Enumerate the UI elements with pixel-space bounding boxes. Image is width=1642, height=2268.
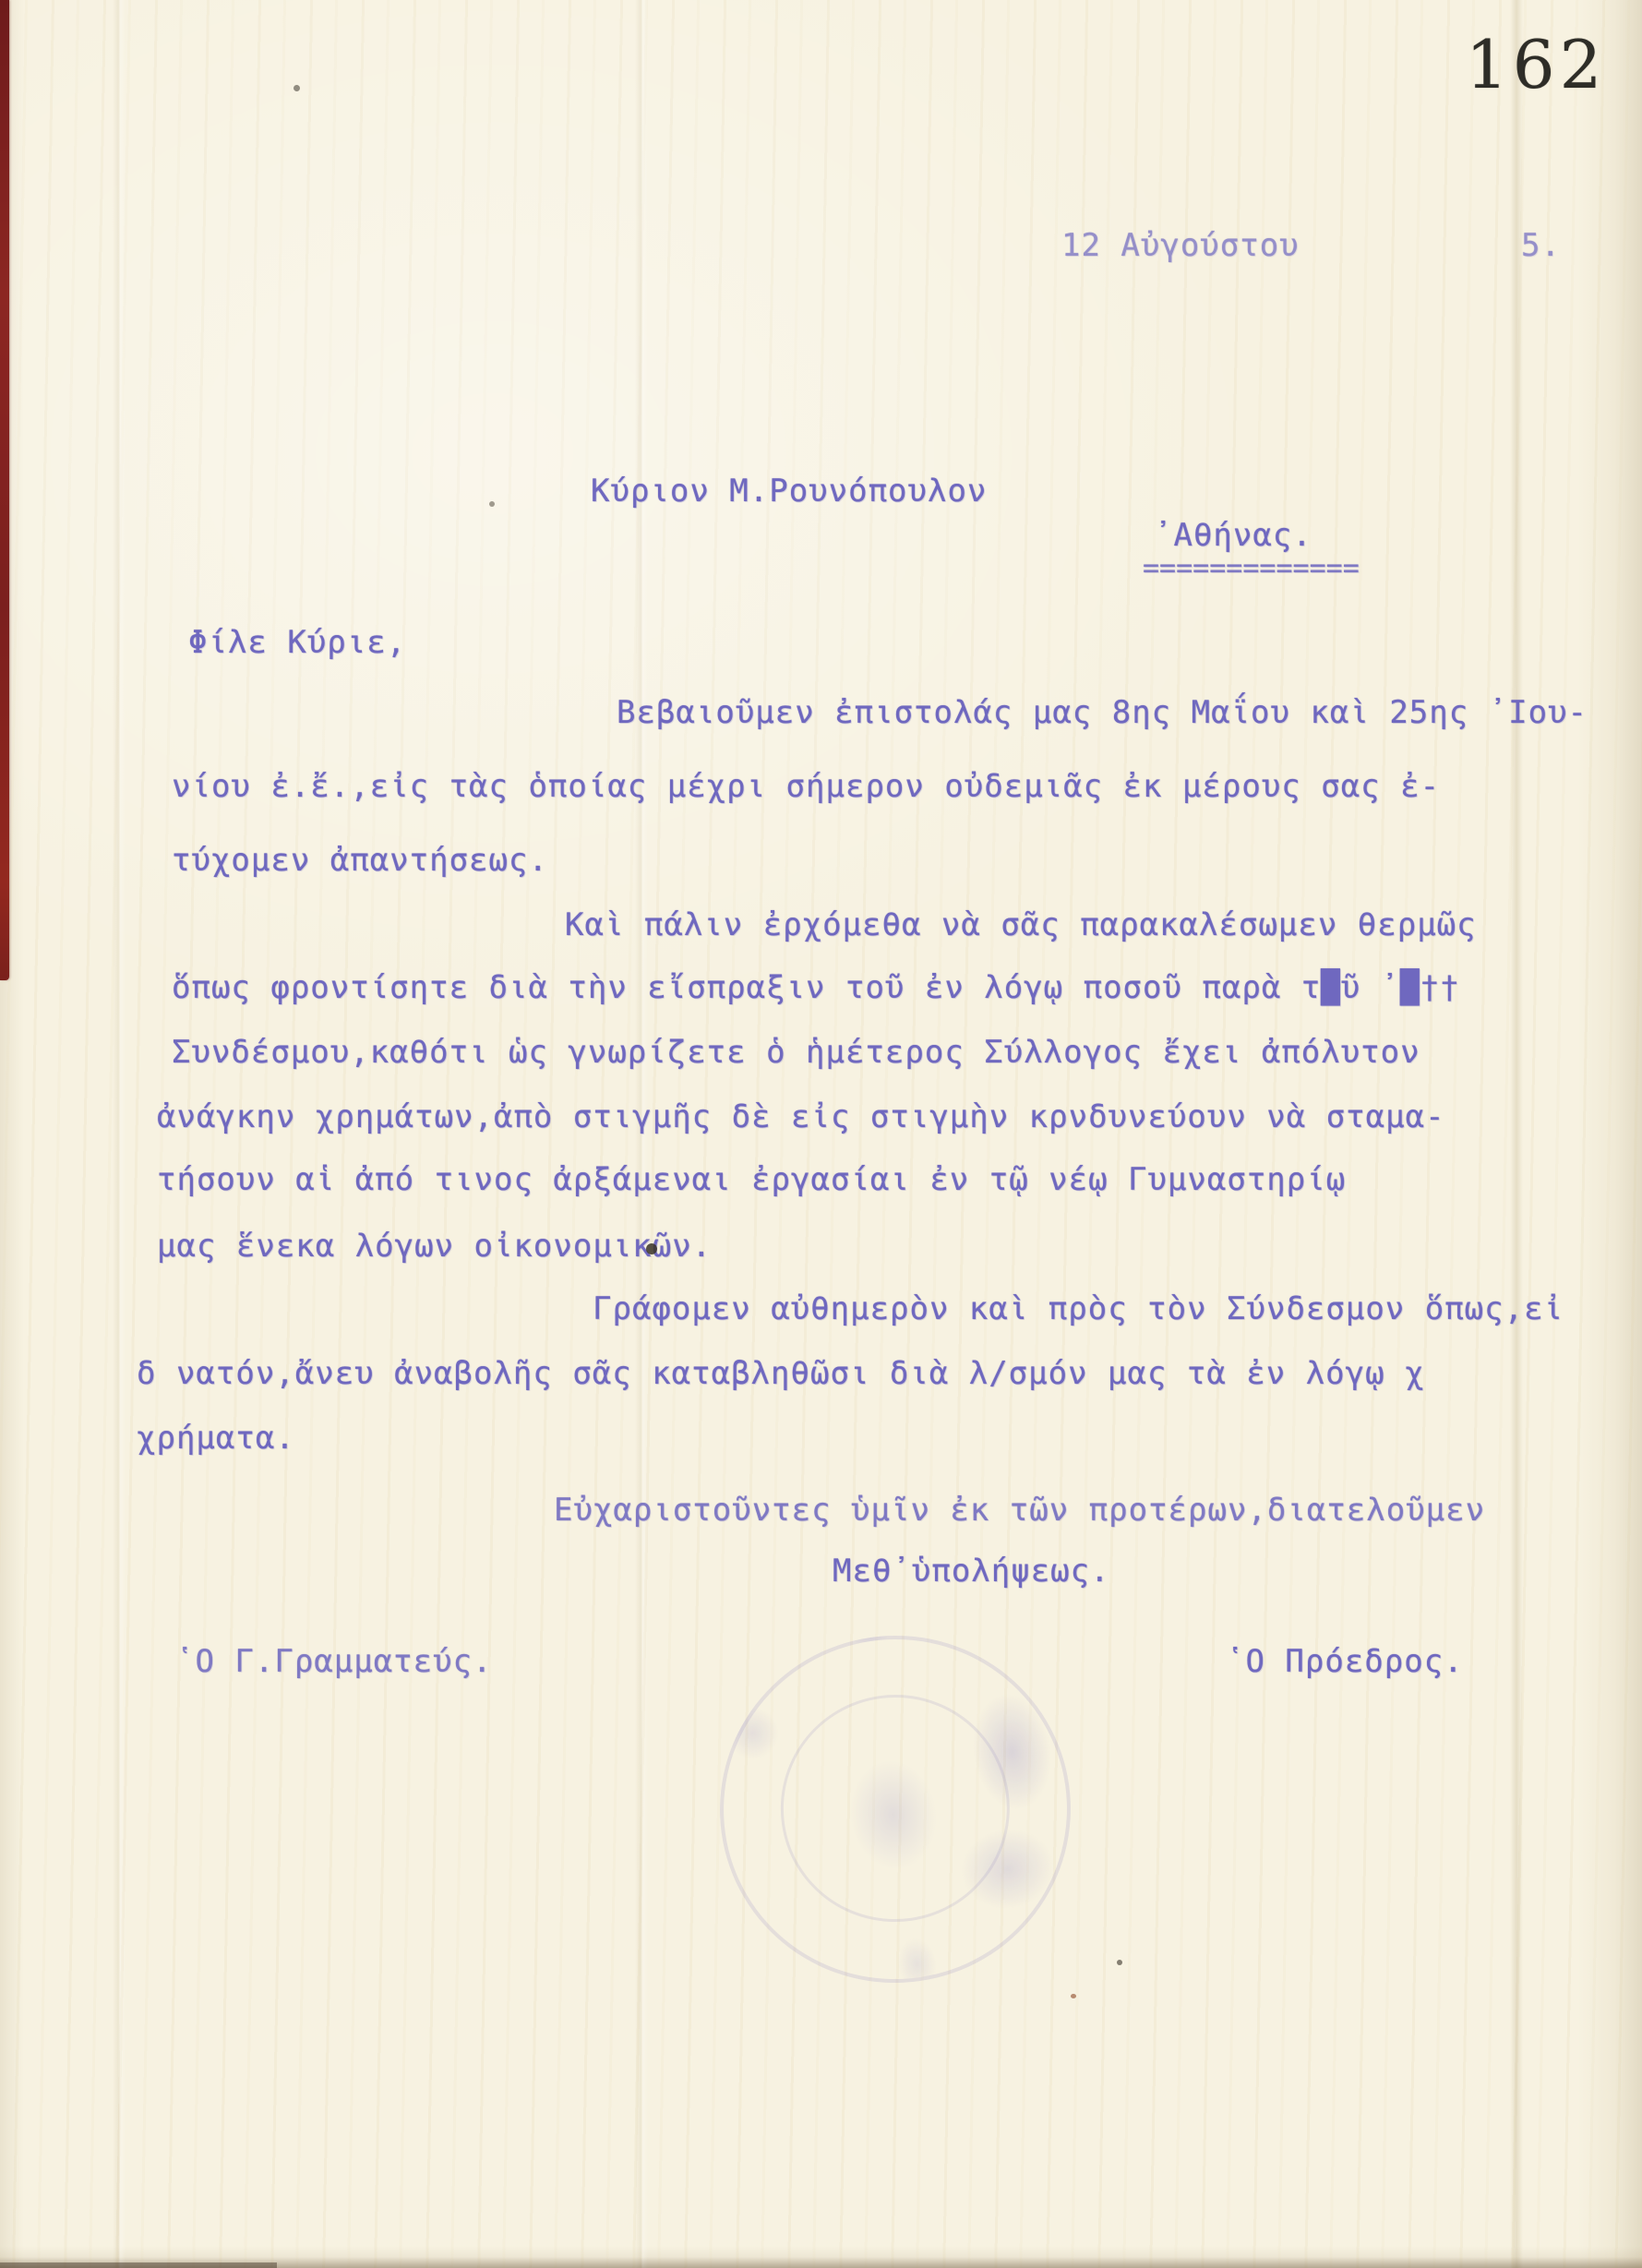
- body-line: ὅπως φροντίσητε διὰ τὴν εἴσπραξιν τοῦ ἐν…: [172, 969, 1460, 1006]
- valediction-line: Μεθ᾽ὑπολήψεως.: [833, 1553, 1110, 1590]
- date-line: 12 Αὐγούστου: [1061, 227, 1300, 264]
- ink-speck: [646, 1243, 657, 1254]
- body-line: Βεβαιοῦμεν ἐπιστολάς μας 8ης Μαΐου καὶ 2…: [617, 694, 1588, 731]
- body-line: μας ἕνεκα λόγων οἰκονομικῶν.: [157, 1228, 712, 1265]
- scanned-letter-page: 162 12 Αὐγούστου 5. Κύριον Μ.Ρουνόπουλον…: [0, 0, 1642, 2268]
- body-line: δ νατόν,ἄνευ ἀναβολῆς σᾶς καταβληθῶσι δι…: [137, 1355, 1425, 1392]
- body-line: Συνδέσμου,καθότι ὡς γνωρίζετε ὁ ἡμέτερος…: [172, 1034, 1420, 1071]
- divider-line: =============: [1143, 552, 1360, 584]
- body-line: ἀνάγκην χρημάτων,ἀπὸ στιγμῆς δὲ εἰς στιγ…: [157, 1098, 1445, 1135]
- ink-speck: [1071, 1994, 1076, 1998]
- body-line: τήσουν αἱ ἀπό τινος ἀρξάμεναι ἐργασίαι ἐ…: [157, 1161, 1346, 1198]
- date-year: 5.: [1521, 227, 1561, 264]
- signature-secretary: ῾Ο Γ.Γραμματεύς.: [175, 1643, 493, 1680]
- signature-president: ῾Ο Πρόεδρος.: [1226, 1643, 1464, 1680]
- ink-speck: [489, 501, 495, 507]
- recipient-line: Κύριον Μ.Ρουνόπουλον: [591, 473, 987, 510]
- body-line: χρήματα.: [137, 1420, 295, 1457]
- city-line: ᾽Αθήνας.: [1154, 517, 1312, 554]
- body-line: νίου ἐ.ἔ.,εἰς τὰς ὁποίας μέχρι σήμερον ο…: [172, 768, 1440, 805]
- body-line: Γράφομεν αὐθημερὸν καὶ πρὸς τὸν Σύνδεσμο…: [593, 1290, 1564, 1327]
- body-line: τύχομεν ἀπαντήσεως.: [172, 842, 548, 879]
- salutation-line: Φίλε Κύριε,: [188, 624, 406, 661]
- ink-speck: [1117, 1960, 1122, 1965]
- page-bottom-edge: [0, 2262, 277, 2268]
- body-line: Καὶ πάλιν ἐρχόμεθα νὰ σᾶς παρακαλέσωμεν …: [565, 906, 1477, 943]
- closing-line: Εὐχαριστοῦντες ὑμῖν ἐκ τῶν προτέρων,διατ…: [554, 1492, 1485, 1529]
